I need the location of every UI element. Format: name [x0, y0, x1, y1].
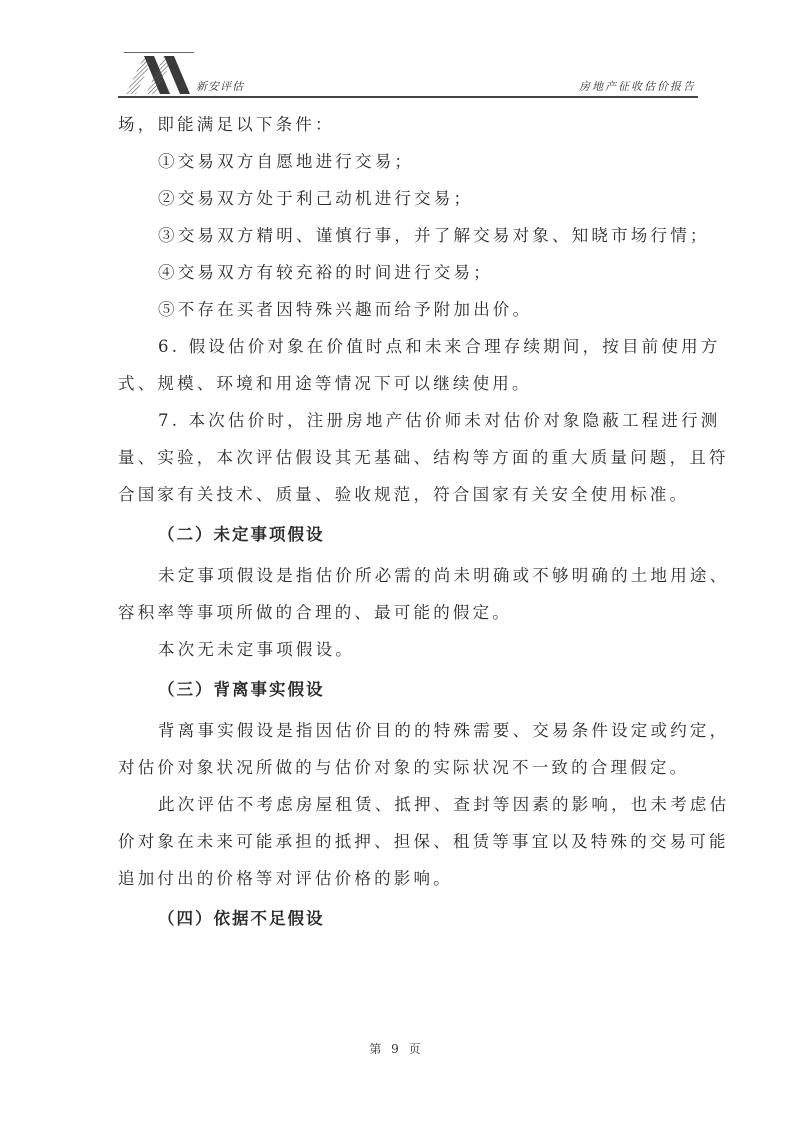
condition-item: ⑤不存在买者因特殊兴趣而给予附加出价。 [118, 291, 698, 328]
condition-item: ③交易双方精明、谨慎行事，并了解交易对象、知晓市场行情； [118, 217, 698, 254]
section-2-definition: 未定事项假设是指估价所必需的尚未明确或不够明确的土地用途、 [118, 557, 698, 594]
section-heading: （二）未定事项假设 [118, 515, 698, 555]
document-body: 场，即能满足以下条件： ①交易双方自愿地进行交易； ②交易双方处于利己动机进行交… [118, 106, 698, 941]
section-2-statement: 本次无未定事项假设。 [118, 631, 698, 668]
section-heading: （三）背离事实假设 [118, 670, 698, 710]
header-divider [118, 96, 698, 98]
xinan-logo-icon [124, 54, 194, 94]
logo-top-rule [124, 52, 194, 53]
section-3-definition: 背离事实假设是指因估价目的的特殊需要、交易条件设定或约定， [118, 712, 698, 749]
section-3-definition: 对估价对象状况所做的与估价对象的实际状况不一致的合理假定。 [118, 749, 698, 786]
brand-name: 新安评估 [196, 78, 244, 94]
condition-item: ④交易双方有较充裕的时间进行交易； [118, 254, 698, 291]
assumption-7-line: 7. 本次估价时，注册房地产估价师未对估价对象隐蔽工程进行测 [118, 402, 698, 439]
assumption-6-line: 6. 假设估价对象在价值时点和未来合理存续期间，按目前使用方 [118, 328, 698, 365]
report-title: 房地产征收估价报告 [579, 78, 696, 94]
condition-item: ①交易双方自愿地进行交易； [118, 143, 698, 180]
condition-item: ②交易双方处于利己动机进行交易； [118, 180, 698, 217]
assumption-6-line: 式、规模、环境和用途等情况下可以继续使用。 [118, 365, 698, 402]
section-3-statement: 价对象在未来可能承担的抵押、担保、租赁等事宜以及特殊的交易可能 [118, 823, 698, 860]
section-3-statement: 此次评估不考虑房屋租赁、抵押、查封等因素的影响，也未考虑估 [118, 786, 698, 823]
page-number: 第 9 页 [0, 1040, 793, 1057]
page-header: 新安评估 房地产征收估价报告 [118, 44, 698, 100]
section-2-definition: 容积率等事项所做的合理的、最可能的假定。 [118, 594, 698, 631]
assumption-7-line: 量、实验，本次评估假设其无基础、结构等方面的重大质量问题，且符 [118, 439, 698, 476]
section-3-statement: 追加付出的价格等对评估价格的影响。 [118, 860, 698, 897]
paragraph-continuation: 场，即能满足以下条件： [118, 106, 698, 143]
section-heading: （四）依据不足假设 [118, 899, 698, 939]
assumption-7-line: 合国家有关技术、质量、验收规范，符合国家有关安全使用标准。 [118, 476, 698, 513]
